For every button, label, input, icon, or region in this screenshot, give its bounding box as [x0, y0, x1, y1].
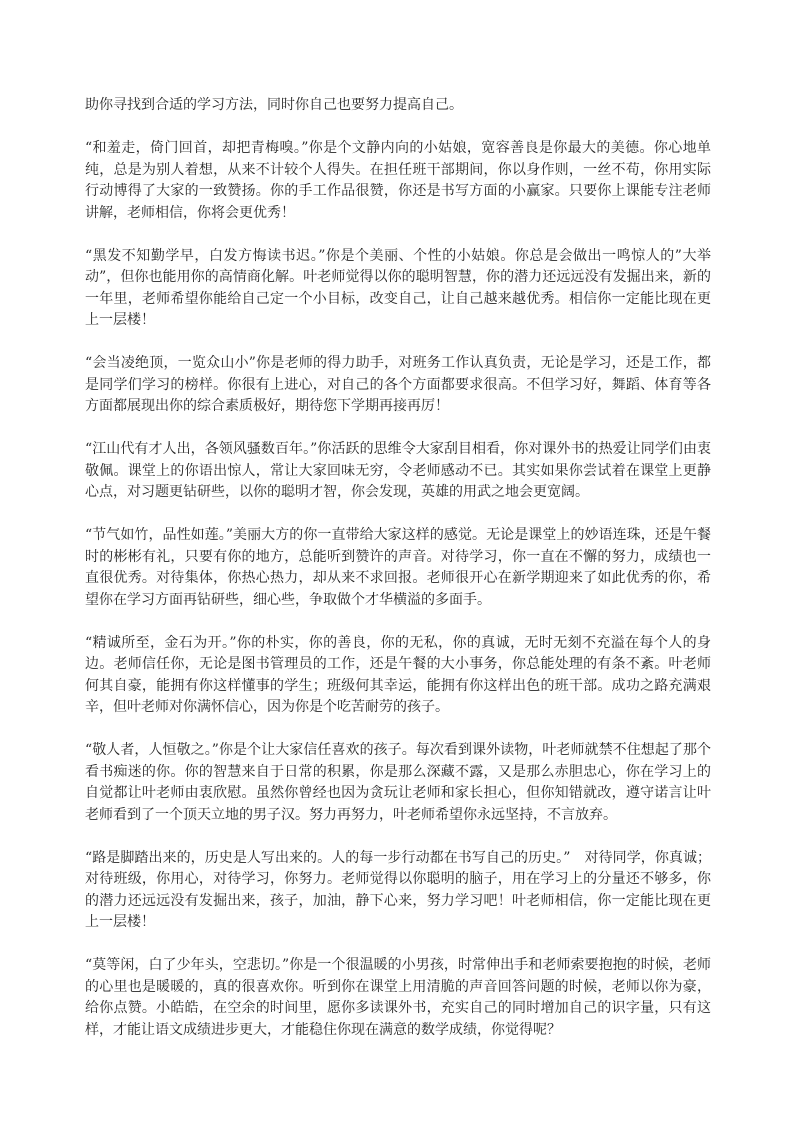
paragraph: “莫等闲，白了少年头，空悲切。”你是一个很温暖的小男孩，时常伸出手和老师索要抱抱…: [85, 955, 711, 1041]
paragraph: “节气如竹，品性如莲。”美丽大方的你一直带给大家这样的感觉。无论是课堂上的妙语连…: [85, 525, 711, 611]
document-page: 助你寻找到合适的学习方法，同时你自己也要努力提高自己。 “和羞走，倚门回首，却把…: [85, 95, 711, 1041]
paragraph: “黑发不知勤学早，白发方悔读书迟。”你是个美丽、个性的小姑娘。你总是会做出一鸣惊…: [85, 246, 711, 332]
paragraph: “精诚所至，金石为开。”你的朴实，你的善良，你的无私，你的真诚，无时无刻不充溢在…: [85, 633, 711, 719]
paragraph: “会当凌绝顶，一览众山小”你是老师的得力助手，对班务工作认真负责，无论是学习，还…: [85, 353, 711, 418]
paragraph: 助你寻找到合适的学习方法，同时你自己也要努力提高自己。: [85, 95, 711, 117]
paragraph: “江山代有才人出，各领风骚数百年。”你活跃的思维令大家刮目相看，你对课外书的热爱…: [85, 439, 711, 504]
paragraph: “和羞走，倚门回首，却把青梅嗅。”你是个文静内向的小姑娘，宽容善良是你最大的美德…: [85, 138, 711, 224]
paragraph: “敬人者，人恒敬之。”你是个让大家信任喜欢的孩子。每次看到课外读物，叶老师就禁不…: [85, 740, 711, 826]
paragraph: “路是脚踏出来的，历史是人写出来的。人的每一步行动都在书写自己的历史。” 对待同…: [85, 848, 711, 934]
